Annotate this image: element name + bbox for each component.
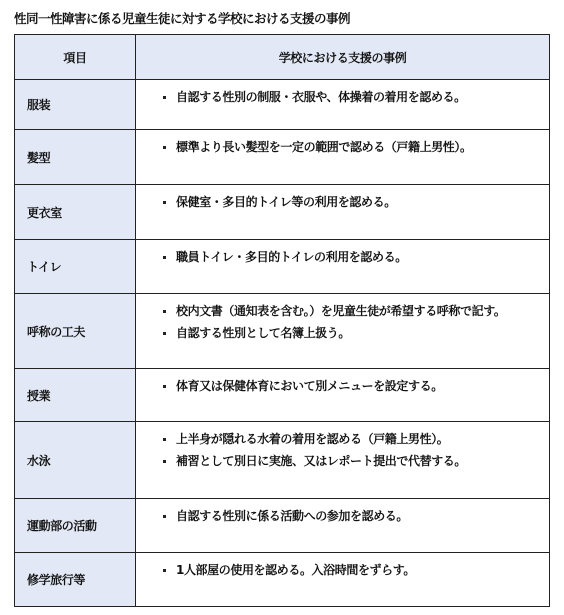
- table-row: 服装自認する性別の制服・衣服や、体操着の着用を認める。: [15, 80, 550, 130]
- examples-list: 保健室・多目的トイレ等の利用を認める。: [162, 194, 549, 210]
- example-item: 保健室・多目的トイレ等の利用を認める。: [162, 194, 549, 210]
- item-cell: 更衣室: [15, 185, 136, 240]
- column-header-item: 項目: [15, 35, 136, 80]
- page-title: 性同一性障害に係る児童生徒に対する学校における支援の事例: [14, 9, 350, 27]
- example-item: 補習として別日に実施、又はレポート提出で代替する。: [162, 453, 549, 469]
- table-row: 呼称の工夫校内文書（通知表を含む。）を児童生徒が希望する呼称で記す。自認する性別…: [15, 294, 550, 369]
- examples-cell: 自認する性別の制服・衣服や、体操着の着用を認める。: [136, 80, 550, 130]
- examples-cell: 標準より長い髪型を一定の範囲で認める（戸籍上男性）。: [136, 130, 550, 185]
- example-item: 自認する性別として名簿上扱う。: [162, 325, 549, 341]
- table-row: 水泳上半身が隠れる水着の着用を認める（戸籍上男性）。補習として別日に実施、又はレ…: [15, 422, 550, 499]
- examples-cell: 1人部屋の使用を認める。入浴時間をずらす。: [136, 553, 550, 607]
- example-item: 上半身が隠れる水着の着用を認める（戸籍上男性）。: [162, 431, 549, 447]
- table-row: トイレ職員トイレ・多目的トイレの利用を認める。: [15, 240, 550, 294]
- support-examples-table: 項目 学校における支援の事例 服装自認する性別の制服・衣服や、体操着の着用を認め…: [14, 34, 550, 607]
- item-cell: 服装: [15, 80, 136, 130]
- column-header-examples: 学校における支援の事例: [136, 35, 550, 80]
- example-item: 体育又は保健体育において別メニューを設定する。: [162, 378, 549, 394]
- item-cell: 授業: [15, 369, 136, 422]
- examples-cell: 体育又は保健体育において別メニューを設定する。: [136, 369, 550, 422]
- table-row: 髪型標準より長い髪型を一定の範囲で認める（戸籍上男性）。: [15, 130, 550, 185]
- examples-list: 校内文書（通知表を含む。）を児童生徒が希望する呼称で記す。自認する性別として名簿…: [162, 303, 549, 341]
- examples-list: 自認する性別の制服・衣服や、体操着の着用を認める。: [162, 89, 549, 105]
- examples-cell: 職員トイレ・多目的トイレの利用を認める。: [136, 240, 550, 294]
- example-item: 職員トイレ・多目的トイレの利用を認める。: [162, 249, 549, 265]
- item-cell: 呼称の工夫: [15, 294, 136, 369]
- table-row: 更衣室保健室・多目的トイレ等の利用を認める。: [15, 185, 550, 240]
- table-row: 運動部の活動自認する性別に係る活動への参加を認める。: [15, 499, 550, 553]
- examples-list: 標準より長い髪型を一定の範囲で認める（戸籍上男性）。: [162, 139, 549, 155]
- item-cell: 水泳: [15, 422, 136, 499]
- example-item: 自認する性別の制服・衣服や、体操着の着用を認める。: [162, 89, 549, 105]
- examples-cell: 自認する性別に係る活動への参加を認める。: [136, 499, 550, 553]
- item-cell: 運動部の活動: [15, 499, 136, 553]
- example-item: 標準より長い髪型を一定の範囲で認める（戸籍上男性）。: [162, 139, 549, 155]
- example-item: 自認する性別に係る活動への参加を認める。: [162, 508, 549, 524]
- table-row: 授業体育又は保健体育において別メニューを設定する。: [15, 369, 550, 422]
- examples-list: 体育又は保健体育において別メニューを設定する。: [162, 378, 549, 394]
- example-item: 校内文書（通知表を含む。）を児童生徒が希望する呼称で記す。: [162, 303, 549, 319]
- examples-cell: 上半身が隠れる水着の着用を認める（戸籍上男性）。補習として別日に実施、又はレポー…: [136, 422, 550, 499]
- table-header-row: 項目 学校における支援の事例: [15, 35, 550, 80]
- examples-list: 職員トイレ・多目的トイレの利用を認める。: [162, 249, 549, 265]
- examples-list: 自認する性別に係る活動への参加を認める。: [162, 508, 549, 524]
- item-cell: 髪型: [15, 130, 136, 185]
- item-cell: トイレ: [15, 240, 136, 294]
- examples-list: 1人部屋の使用を認める。入浴時間をずらす。: [162, 562, 549, 578]
- example-item: 1人部屋の使用を認める。入浴時間をずらす。: [162, 562, 549, 578]
- item-cell: 修学旅行等: [15, 553, 136, 607]
- examples-cell: 校内文書（通知表を含む。）を児童生徒が希望する呼称で記す。自認する性別として名簿…: [136, 294, 550, 369]
- examples-cell: 保健室・多目的トイレ等の利用を認める。: [136, 185, 550, 240]
- examples-list: 上半身が隠れる水着の着用を認める（戸籍上男性）。補習として別日に実施、又はレポー…: [162, 431, 549, 469]
- table-row: 修学旅行等1人部屋の使用を認める。入浴時間をずらす。: [15, 553, 550, 607]
